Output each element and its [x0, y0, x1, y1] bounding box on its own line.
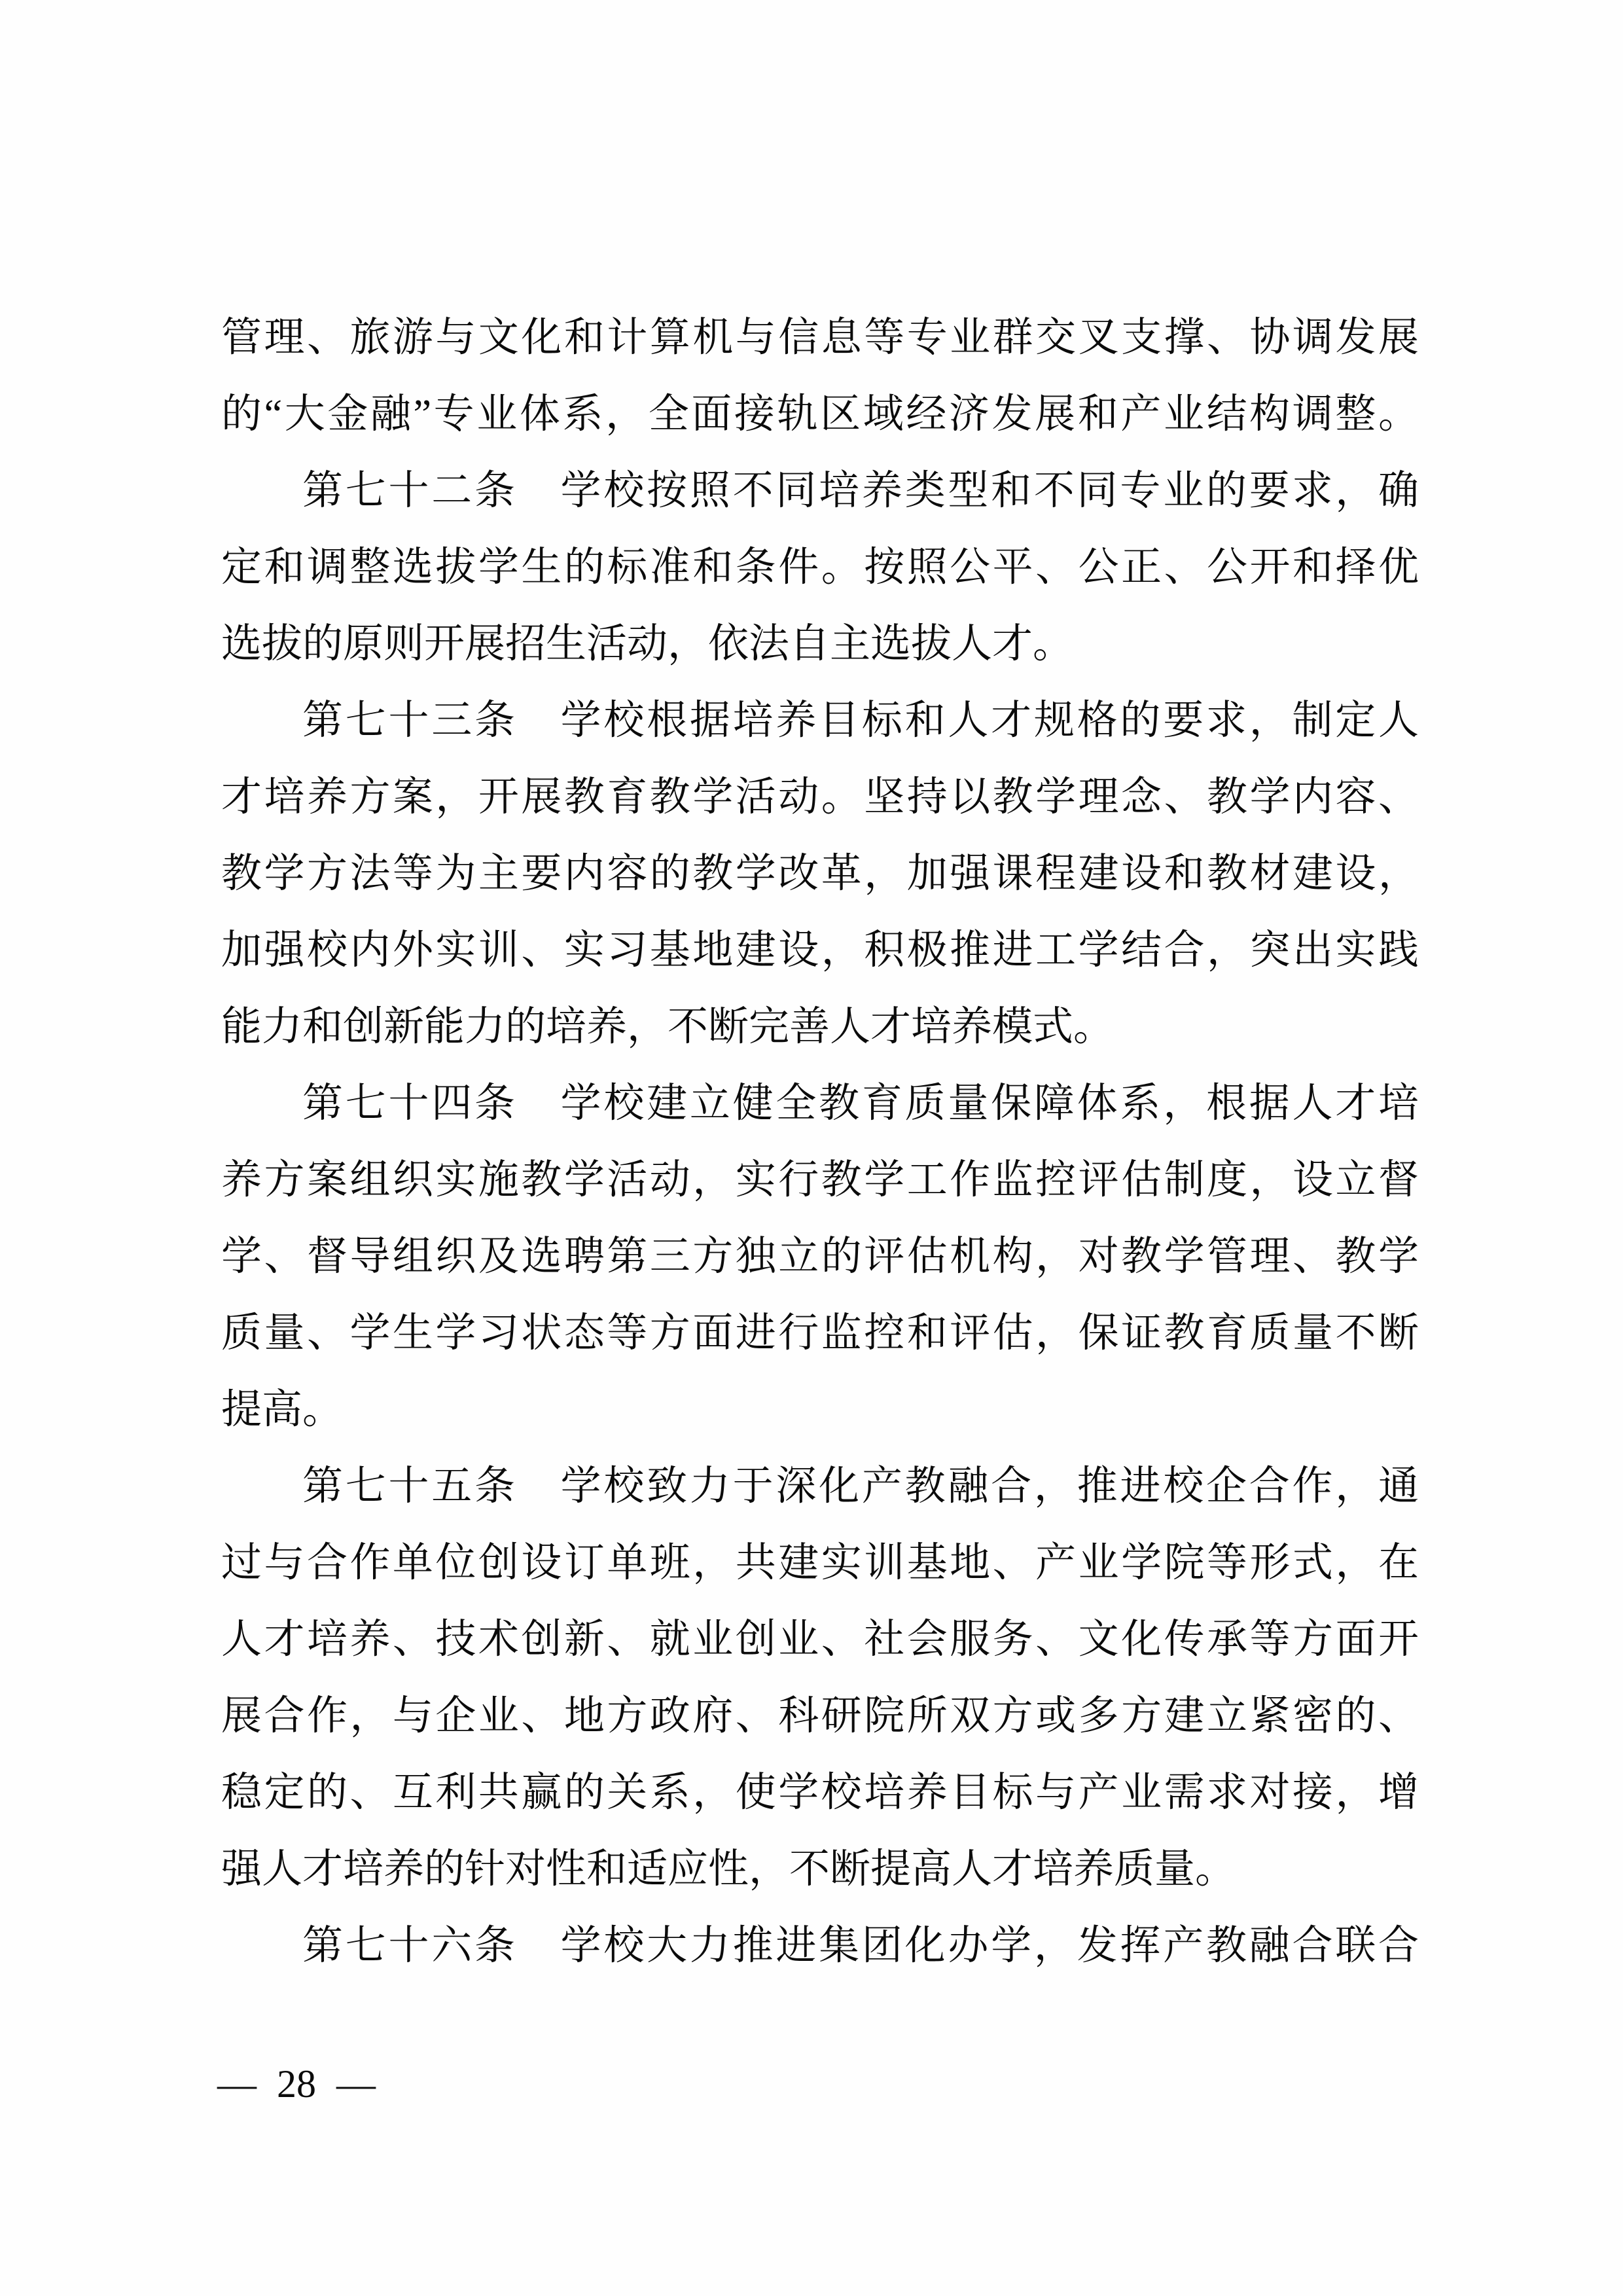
- text-line: 提高。: [221, 1372, 1419, 1448]
- text-line: 学、督导组织及选聘第三方独立的评估机构，对教学管理、教学: [221, 1219, 1419, 1295]
- text-line: 展合作，与企业、地方政府、科研院所双方或多方建立紧密的、: [221, 1678, 1419, 1755]
- text-line: 过与合作单位创设订单班，共建实训基地、产业学院等形式，在: [221, 1525, 1419, 1602]
- document-page: 管理、旅游与文化和计算机与信息等专业群交叉支撑、协调发展 的“大金融”专业体系，…: [0, 0, 1623, 2296]
- text-line: 强人才培养的针对性和适应性，不断提高人才培养质量。: [221, 1831, 1419, 1908]
- text-line: 质量、学生学习状态等方面进行监控和评估，保证教育质量不断: [221, 1295, 1419, 1372]
- text-line: 稳定的、互利共赢的关系，使学校培养目标与产业需求对接，增: [221, 1755, 1419, 1831]
- text-line-article-75: 第七十五条 学校致力于深化产教融合，推进校企合作，通: [221, 1448, 1419, 1525]
- text-line: 教学方法等为主要内容的教学改革，加强课程建设和教材建设，: [221, 836, 1419, 912]
- text-line: 才培养方案，开展教育教学活动。坚持以教学理念、教学内容、: [221, 759, 1419, 836]
- text-line: 养方案组织实施教学活动，实行教学工作监控评估制度，设立督: [221, 1142, 1419, 1219]
- text-line: 的“大金融”专业体系，全面接轨区域经济发展和产业结构调整。: [221, 376, 1419, 453]
- text-line-article-76: 第七十六条 学校大力推进集团化办学，发挥产教融合联合: [221, 1908, 1419, 1984]
- text-line: 加强校内外实训、实习基地建设，积极推进工学结合，突出实践: [221, 912, 1419, 989]
- page-number: — 28 —: [217, 2063, 376, 2105]
- text-line: 管理、旅游与文化和计算机与信息等专业群交叉支撑、协调发展: [221, 300, 1419, 376]
- text-line: 能力和创新能力的培养，不断完善人才培养模式。: [221, 989, 1419, 1066]
- text-line-article-74: 第七十四条 学校建立健全教育质量保障体系，根据人才培: [221, 1066, 1419, 1142]
- text-line: 定和调整选拔学生的标准和条件。按照公平、公正、公开和择优: [221, 529, 1419, 606]
- text-line: 选拔的原则开展招生活动，依法自主选拔人才。: [221, 606, 1419, 683]
- text-line-article-73: 第七十三条 学校根据培养目标和人才规格的要求，制定人: [221, 683, 1419, 759]
- body-text: 管理、旅游与文化和计算机与信息等专业群交叉支撑、协调发展 的“大金融”专业体系，…: [221, 300, 1419, 1984]
- text-line-article-72: 第七十二条 学校按照不同培养类型和不同专业的要求，确: [221, 453, 1419, 529]
- text-line: 人才培养、技术创新、就业创业、社会服务、文化传承等方面开: [221, 1602, 1419, 1678]
